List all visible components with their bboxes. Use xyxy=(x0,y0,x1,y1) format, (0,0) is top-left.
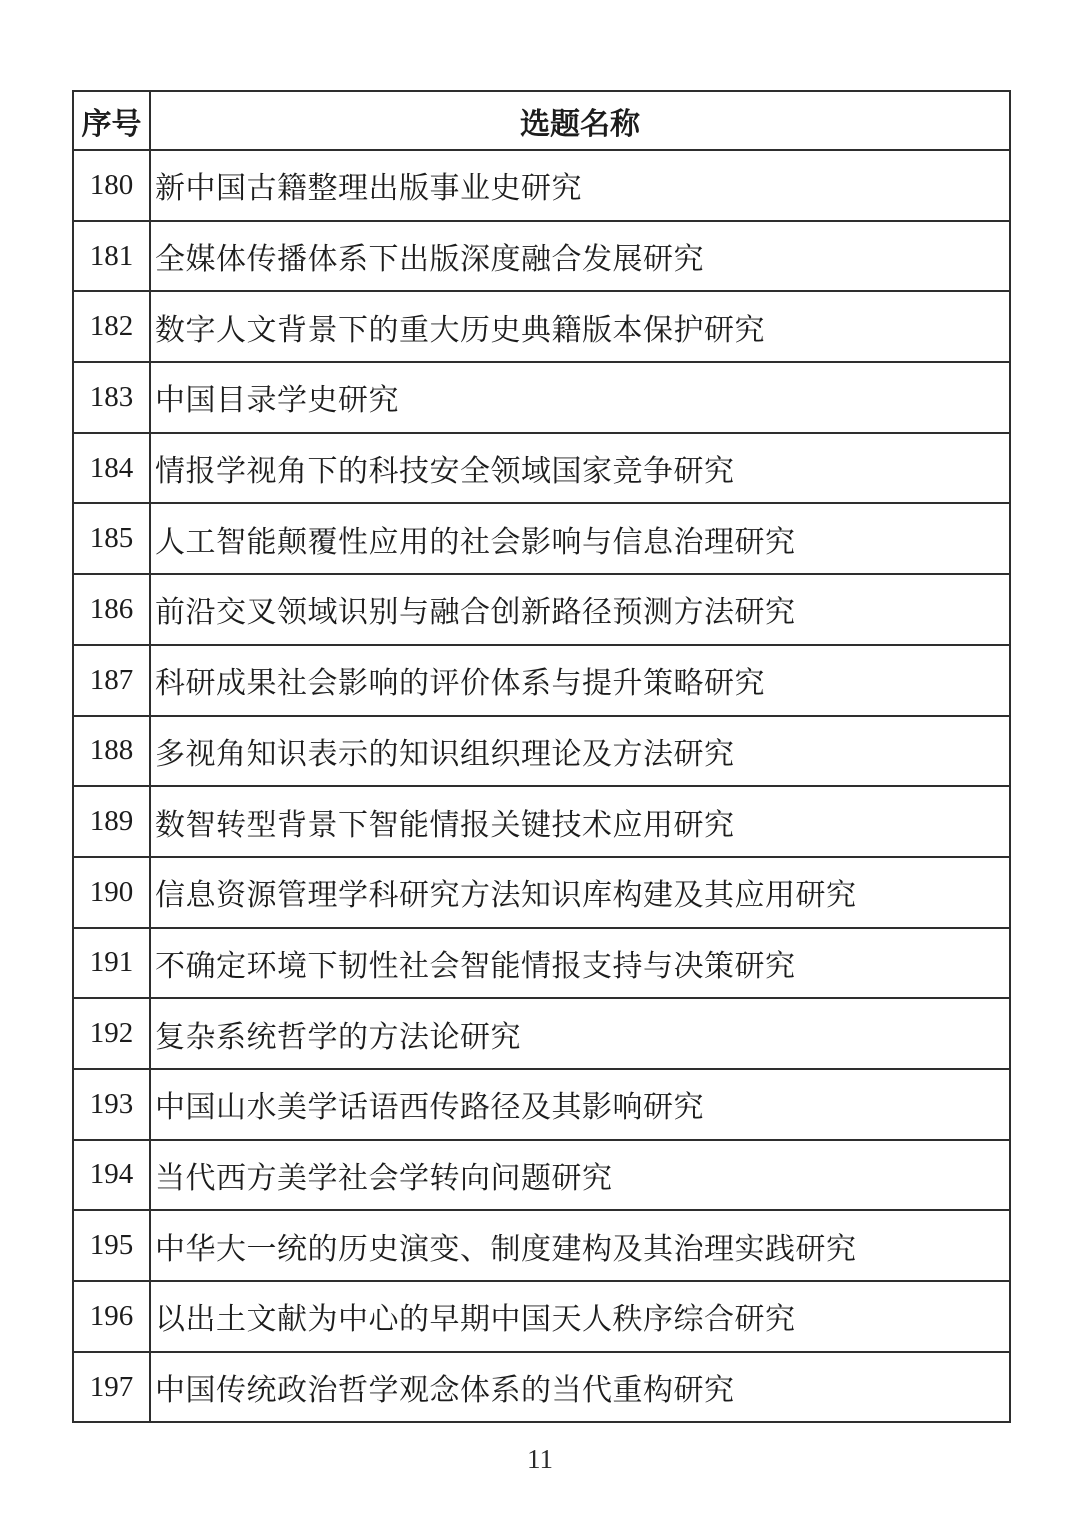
row-serial-number: 182 xyxy=(73,291,150,362)
table-row: 193中国山水美学话语西传路径及其影响研究 xyxy=(73,1069,1010,1140)
row-topic-title: 以出土文献为中心的早期中国天人秩序综合研究 xyxy=(150,1281,1010,1352)
row-serial-number: 195 xyxy=(73,1210,150,1281)
row-serial-number: 185 xyxy=(73,503,150,574)
table-row: 191不确定环境下韧性社会智能情报支持与决策研究 xyxy=(73,928,1010,999)
row-serial-number: 187 xyxy=(73,645,150,716)
row-topic-title: 复杂系统哲学的方法论研究 xyxy=(150,998,1010,1069)
row-topic-title: 信息资源管理学科研究方法知识库构建及其应用研究 xyxy=(150,857,1010,928)
row-serial-number: 181 xyxy=(73,221,150,292)
row-topic-title: 中国目录学史研究 xyxy=(150,362,1010,433)
row-serial-number: 184 xyxy=(73,433,150,504)
row-topic-title: 情报学视角下的科技安全领域国家竞争研究 xyxy=(150,433,1010,504)
row-topic-title: 全媒体传播体系下出版深度融合发展研究 xyxy=(150,221,1010,292)
table-row: 187科研成果社会影响的评价体系与提升策略研究 xyxy=(73,645,1010,716)
row-serial-number: 193 xyxy=(73,1069,150,1140)
row-topic-title: 中华大一统的历史演变、制度建构及其治理实践研究 xyxy=(150,1210,1010,1281)
row-serial-number: 183 xyxy=(73,362,150,433)
table-row: 194当代西方美学社会学转向问题研究 xyxy=(73,1140,1010,1211)
row-serial-number: 192 xyxy=(73,998,150,1069)
column-header-topic-name: 选题名称 xyxy=(150,91,1010,150)
row-serial-number: 180 xyxy=(73,150,150,221)
table-row: 184情报学视角下的科技安全领域国家竞争研究 xyxy=(73,433,1010,504)
table-body: 180新中国古籍整理出版事业史研究181全媒体传播体系下出版深度融合发展研究18… xyxy=(73,150,1010,1422)
topics-table: 序号 选题名称 180新中国古籍整理出版事业史研究181全媒体传播体系下出版深度… xyxy=(72,90,1011,1423)
table-row: 190信息资源管理学科研究方法知识库构建及其应用研究 xyxy=(73,857,1010,928)
row-topic-title: 多视角知识表示的知识组织理论及方法研究 xyxy=(150,716,1010,787)
table-row: 181全媒体传播体系下出版深度融合发展研究 xyxy=(73,221,1010,292)
header-row: 序号 选题名称 xyxy=(73,91,1010,150)
table-row: 189数智转型背景下智能情报关键技术应用研究 xyxy=(73,786,1010,857)
table-row: 197中国传统政治哲学观念体系的当代重构研究 xyxy=(73,1352,1010,1423)
table-row: 182数字人文背景下的重大历史典籍版本保护研究 xyxy=(73,291,1010,362)
row-topic-title: 前沿交叉领域识别与融合创新路径预测方法研究 xyxy=(150,574,1010,645)
row-serial-number: 186 xyxy=(73,574,150,645)
row-serial-number: 191 xyxy=(73,928,150,999)
table-row: 186前沿交叉领域识别与融合创新路径预测方法研究 xyxy=(73,574,1010,645)
row-topic-title: 新中国古籍整理出版事业史研究 xyxy=(150,150,1010,221)
column-header-serial-number: 序号 xyxy=(73,91,150,150)
row-topic-title: 科研成果社会影响的评价体系与提升策略研究 xyxy=(150,645,1010,716)
row-serial-number: 196 xyxy=(73,1281,150,1352)
row-serial-number: 190 xyxy=(73,857,150,928)
row-serial-number: 194 xyxy=(73,1140,150,1211)
table-row: 183中国目录学史研究 xyxy=(73,362,1010,433)
row-topic-title: 不确定环境下韧性社会智能情报支持与决策研究 xyxy=(150,928,1010,999)
row-topic-title: 数字人文背景下的重大历史典籍版本保护研究 xyxy=(150,291,1010,362)
row-topic-title: 当代西方美学社会学转向问题研究 xyxy=(150,1140,1010,1211)
table-row: 192复杂系统哲学的方法论研究 xyxy=(73,998,1010,1069)
row-topic-title: 数智转型背景下智能情报关键技术应用研究 xyxy=(150,786,1010,857)
row-topic-title: 中国山水美学话语西传路径及其影响研究 xyxy=(150,1069,1010,1140)
row-serial-number: 189 xyxy=(73,786,150,857)
row-topic-title: 中国传统政治哲学观念体系的当代重构研究 xyxy=(150,1352,1010,1423)
table-row: 188多视角知识表示的知识组织理论及方法研究 xyxy=(73,716,1010,787)
row-topic-title: 人工智能颠覆性应用的社会影响与信息治理研究 xyxy=(150,503,1010,574)
table-row: 195中华大一统的历史演变、制度建构及其治理实践研究 xyxy=(73,1210,1010,1281)
page-number: 11 xyxy=(0,1444,1080,1475)
row-serial-number: 188 xyxy=(73,716,150,787)
table-row: 185人工智能颠覆性应用的社会影响与信息治理研究 xyxy=(73,503,1010,574)
table-header: 序号 选题名称 xyxy=(73,91,1010,150)
table-row: 196以出土文献为中心的早期中国天人秩序综合研究 xyxy=(73,1281,1010,1352)
row-serial-number: 197 xyxy=(73,1352,150,1423)
table-row: 180新中国古籍整理出版事业史研究 xyxy=(73,150,1010,221)
